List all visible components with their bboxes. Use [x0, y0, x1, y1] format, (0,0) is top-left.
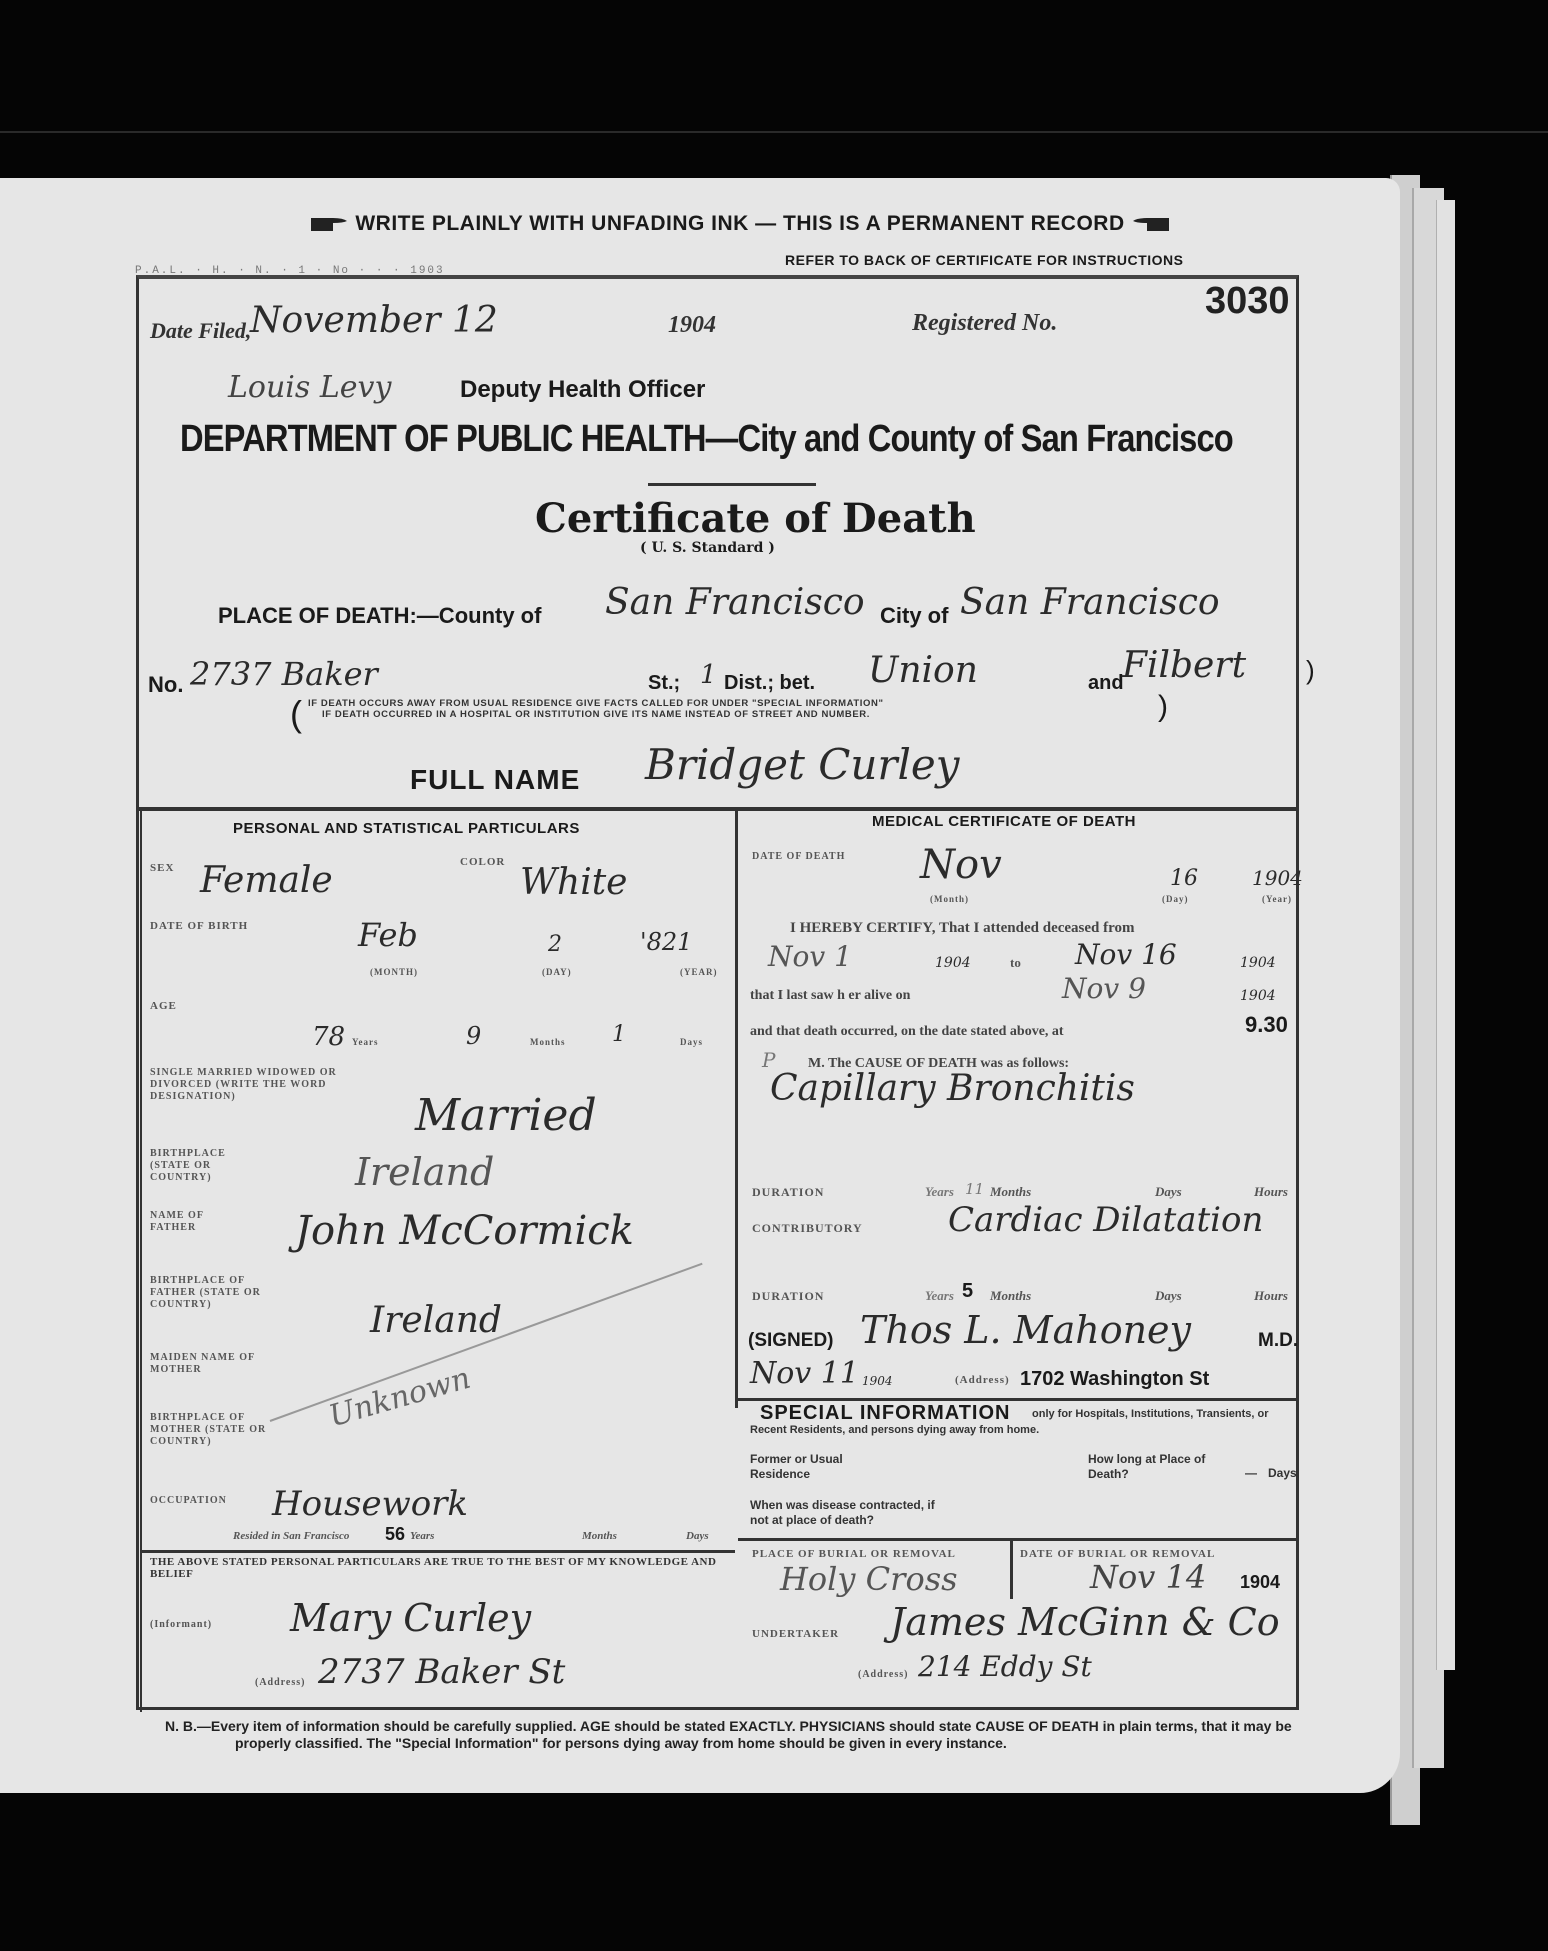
resided-label: Resided in San Francisco [233, 1530, 349, 1542]
resided-years-caption: Years [410, 1530, 434, 1542]
scan-line [0, 131, 1548, 133]
duration-years-caption: Years [925, 1184, 954, 1200]
attended-from: Nov 1 [768, 940, 852, 973]
and-label: and [1088, 672, 1124, 695]
contributory-label: CONTRIBUTORY [752, 1222, 863, 1235]
duration-hours-caption: Hours [1254, 1184, 1288, 1200]
dob-year: '821 [640, 928, 692, 956]
attended-to-year: 1904 [1240, 955, 1276, 971]
stacked-page-edge [1436, 200, 1455, 1670]
full-name-label: FULL NAME [410, 764, 580, 796]
refer-instructions: REFER TO BACK OF CERTIFICATE FOR INSTRUC… [785, 252, 1183, 268]
last-saw-date: Nov 9 [1062, 972, 1146, 1005]
date-filed-value: November 12 [250, 300, 498, 341]
paren: ( [290, 696, 302, 732]
father-value: John McCormick [295, 1208, 634, 1254]
to-label: to [1010, 955, 1021, 971]
birthplace-value: Ireland [355, 1150, 494, 1194]
undertaker-value: James McGinn & Co [890, 1600, 1280, 1644]
paren: ) [1306, 655, 1315, 686]
informant-label: (Informant) [150, 1618, 212, 1631]
how-long-value: — [1245, 1466, 1257, 1480]
duration2-label: DURATION [752, 1290, 824, 1303]
father-birthplace-label: BIRTHPLACE OF FATHER (State or Country) [150, 1275, 270, 1311]
place-note: IF DEATH OCCURS AWAY FROM USUAL RESIDENC… [308, 698, 884, 720]
burial-year: 1904 [1240, 1572, 1280, 1593]
dod-year: 1904 [1252, 866, 1303, 890]
ward-label: St.; [648, 672, 680, 695]
pointing-hand-icon [1131, 214, 1171, 234]
how-long-label: How long at Place of Death? [1088, 1452, 1208, 1482]
occupation-label: OCCUPATION [150, 1494, 227, 1507]
duration2-months-value: 5 [962, 1280, 973, 1303]
resided-days-caption: Days [686, 1530, 709, 1542]
dod-month-caption: (Month) [930, 893, 969, 906]
informant-name: Mary Curley [290, 1596, 531, 1640]
duration2-months-caption: Months [990, 1288, 1031, 1304]
street-value: 2737 Baker [190, 655, 378, 693]
informant-divider [142, 1550, 735, 1553]
section-divider [139, 807, 1297, 811]
special-divider [738, 1398, 1296, 1401]
city-value: San Francisco [960, 582, 1220, 623]
contributory-value: Cardiac Dilatation [948, 1200, 1263, 1240]
age-months: 9 [466, 1022, 481, 1050]
divider [648, 483, 816, 486]
ward-value: 1 [700, 660, 717, 690]
officer-signature: Louis Levy [228, 370, 391, 405]
md-label: M.D. [1258, 1330, 1298, 1352]
day-caption: (Day) [542, 966, 572, 979]
dod-day: 16 [1170, 866, 1198, 891]
undertaker-label: UNDERTAKER [752, 1628, 839, 1641]
department-title: DEPARTMENT OF PUBLIC HEALTH—City and Cou… [180, 418, 1233, 461]
duration-days-caption: Days [1155, 1184, 1182, 1200]
dod-year-caption: (Year) [1262, 893, 1292, 906]
physician-address-number: 1702 Washington St [1020, 1368, 1209, 1391]
year-caption: (Year) [680, 966, 718, 979]
informant-address-label: (Address) [255, 1676, 305, 1689]
officer-title: Deputy Health Officer [460, 376, 705, 404]
pointing-hand-icon [309, 214, 349, 234]
footer-note: N. B.—Every item of information should b… [165, 1718, 1315, 1752]
duration2-days-caption: Days [1155, 1288, 1182, 1304]
dob-day: 2 [548, 932, 562, 957]
attended-from-year: 1904 [935, 955, 971, 971]
physician-address-label: (Address) [955, 1374, 1010, 1387]
paren: ) [1158, 690, 1168, 724]
last-saw-text: that I last saw h er alive on [750, 988, 910, 1004]
special-heading-note: only for Hospitals, Institutions, Transi… [750, 1406, 1295, 1438]
mother-birthplace-label: BIRTHPLACE OF MOTHER (State or Country) [150, 1412, 270, 1448]
signed-year: 1904 [862, 1374, 893, 1388]
certify-text: I HEREBY CERTIFY, That I attended deceas… [790, 920, 1135, 937]
months-caption: Months [530, 1036, 566, 1049]
last-saw-year: 1904 [1240, 988, 1276, 1004]
attended-to: Nov 16 [1075, 938, 1177, 971]
dob-label: DATE OF BIRTH [150, 920, 248, 933]
column-divider [735, 810, 738, 1408]
resided-years: 56 [385, 1524, 405, 1545]
warning-banner: WRITE PLAINLY WITH UNFADING INK — THIS I… [190, 212, 1290, 236]
medical-heading: MEDICAL CERTIFICATE OF DEATH [872, 813, 1136, 830]
between-street-1: Union [868, 650, 978, 691]
age-days: 1 [612, 1022, 626, 1047]
certificate-title: Certificate of Death [535, 495, 976, 542]
sex-label: SEX [150, 862, 174, 875]
years-caption: Years [352, 1036, 379, 1049]
undertaker-address: 214 Eddy St [918, 1650, 1092, 1683]
date-filed-year: 1904 [668, 312, 716, 339]
month-caption: (Month) [370, 966, 418, 979]
birthplace-label: BIRTHPLACE (State or Country) [150, 1148, 260, 1184]
registered-number: 3030 [1205, 280, 1290, 323]
between-street-2: Filbert [1122, 645, 1246, 686]
color-value: White [520, 862, 627, 903]
duration2-years-caption: Years [925, 1288, 954, 1304]
date-filed-label: Date Filed, [150, 318, 251, 344]
undertaker-address-label: (Address) [858, 1668, 908, 1681]
us-standard: ( U. S. Standard ) [640, 540, 775, 556]
sex-value: Female [200, 860, 333, 901]
dod-month: Nov [920, 842, 1002, 888]
dob-month: Feb [358, 916, 418, 954]
burial-column-divider [1010, 1541, 1013, 1599]
personal-heading: PERSONAL AND STATISTICAL PARTICULARS [233, 820, 580, 837]
dist-label: Dist.; bet. [724, 672, 815, 695]
days-caption: Days [680, 1036, 703, 1049]
burial-place-value: Holy Cross [780, 1560, 958, 1598]
street-no-label: No. [148, 672, 183, 698]
dod-day-caption: (Day) [1162, 893, 1189, 906]
duration2-hours-caption: Hours [1254, 1288, 1288, 1304]
burial-date-value: Nov 14 [1090, 1558, 1206, 1596]
contracted-label: When was disease contracted, if not at p… [750, 1498, 950, 1528]
marital-label: SINGLE MARRIED WIDOWED OR DIVORCED (Writ… [150, 1067, 380, 1103]
dod-label: DATE OF DEATH [752, 850, 845, 863]
city-label: City of [880, 603, 948, 629]
duration-months-caption: Months [990, 1184, 1031, 1200]
county-value: San Francisco [605, 582, 865, 623]
age-years: 78 [312, 1022, 345, 1052]
father-birthplace-value: Ireland [370, 1300, 502, 1341]
full-name-value: Bridget Curley [645, 740, 960, 789]
marital-value: Married [415, 1090, 597, 1141]
informant-address: 2737 Baker St [318, 1652, 565, 1692]
father-label: NAME OF FATHER [150, 1210, 240, 1234]
former-residence-label: Former or Usual Residence [750, 1452, 860, 1482]
color-label: COLOR [460, 856, 505, 869]
signed-date: Nov 11 [750, 1356, 859, 1391]
age-label: AGE [150, 1000, 177, 1013]
burial-divider [738, 1538, 1296, 1541]
resided-months-caption: Months [582, 1530, 617, 1542]
informant-statement: THE ABOVE STATED PERSONAL PARTICULARS AR… [150, 1556, 720, 1580]
physician-signature: Thos L. Mahoney [860, 1308, 1191, 1352]
occupation-value: Housework [272, 1484, 468, 1524]
days-label: Days [1268, 1466, 1297, 1480]
duration-label: DURATION [752, 1186, 824, 1199]
signed-label: (SIGNED) [748, 1330, 834, 1352]
place-of-death-label: PLACE OF DEATH:—County of [218, 603, 541, 629]
mother-label: MAIDEN NAME OF MOTHER [150, 1352, 280, 1376]
registered-label: Registered No. [912, 310, 1057, 337]
death-time: 9.30 [1245, 1012, 1288, 1038]
duration-months-value: 11 [965, 1180, 984, 1198]
left-box-edge [140, 810, 142, 1712]
cause-value: Capillary Bronchitis [770, 1068, 1135, 1109]
occurred-text: and that death occurred, on the date sta… [750, 1024, 1064, 1040]
